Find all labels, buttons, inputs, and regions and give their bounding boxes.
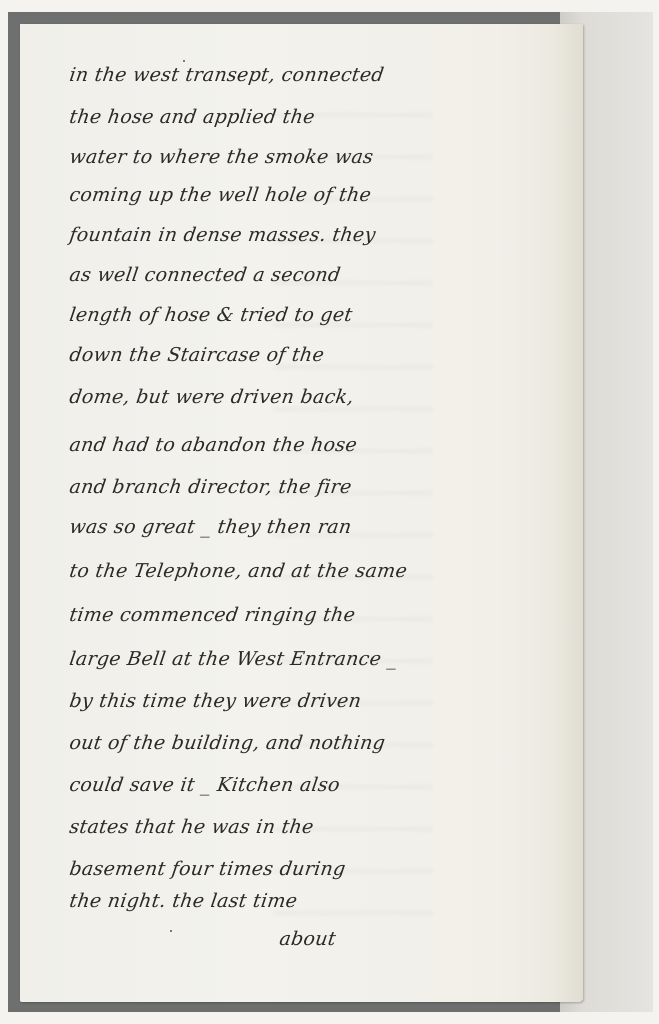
text-line-15: large Bell at the West Entrance _ — [68, 648, 399, 670]
text-line-5: fountain in dense masses. they — [68, 224, 377, 246]
ink-speck — [183, 60, 185, 62]
text-line-14: time commenced ringing the — [68, 604, 357, 626]
text-line-7: length of hose & tried to get — [68, 304, 354, 326]
text-line-20: basement four times during — [68, 858, 347, 880]
manuscript-page: in the west transept, connected the hose… — [20, 24, 583, 1002]
page-curl-shadow — [553, 24, 583, 1002]
text-line-16: by this time they were driven — [68, 690, 363, 712]
ink-bleed-through — [273, 84, 433, 944]
text-line-1: in the west transept, connected — [68, 64, 385, 86]
text-line-13: to the Telephone, and at the same — [68, 560, 409, 582]
facing-page-edge — [653, 12, 659, 1012]
text-line-12: was so great _ they then ran — [68, 516, 353, 538]
text-line-18: could save it _ Kitchen also — [68, 774, 341, 796]
catchword: about — [278, 928, 337, 950]
text-line-2: the hose and applied the — [68, 106, 316, 128]
text-line-8: down the Staircase of the — [68, 344, 326, 366]
text-line-19: states that he was in the — [68, 816, 315, 838]
text-line-6: as well connected a second — [68, 264, 342, 286]
text-line-11: and branch director, the fire — [68, 476, 353, 498]
text-line-4: coming up the well hole of the — [68, 184, 373, 206]
ink-speck — [170, 930, 172, 932]
text-line-17: out of the building, and nothing — [68, 732, 387, 754]
text-line-3: water to where the smoke was — [68, 146, 375, 168]
text-line-10: and had to abandon the hose — [68, 434, 359, 456]
text-line-9: dome, but were driven back, — [68, 386, 355, 408]
text-line-21: the night. the last time — [68, 890, 299, 912]
